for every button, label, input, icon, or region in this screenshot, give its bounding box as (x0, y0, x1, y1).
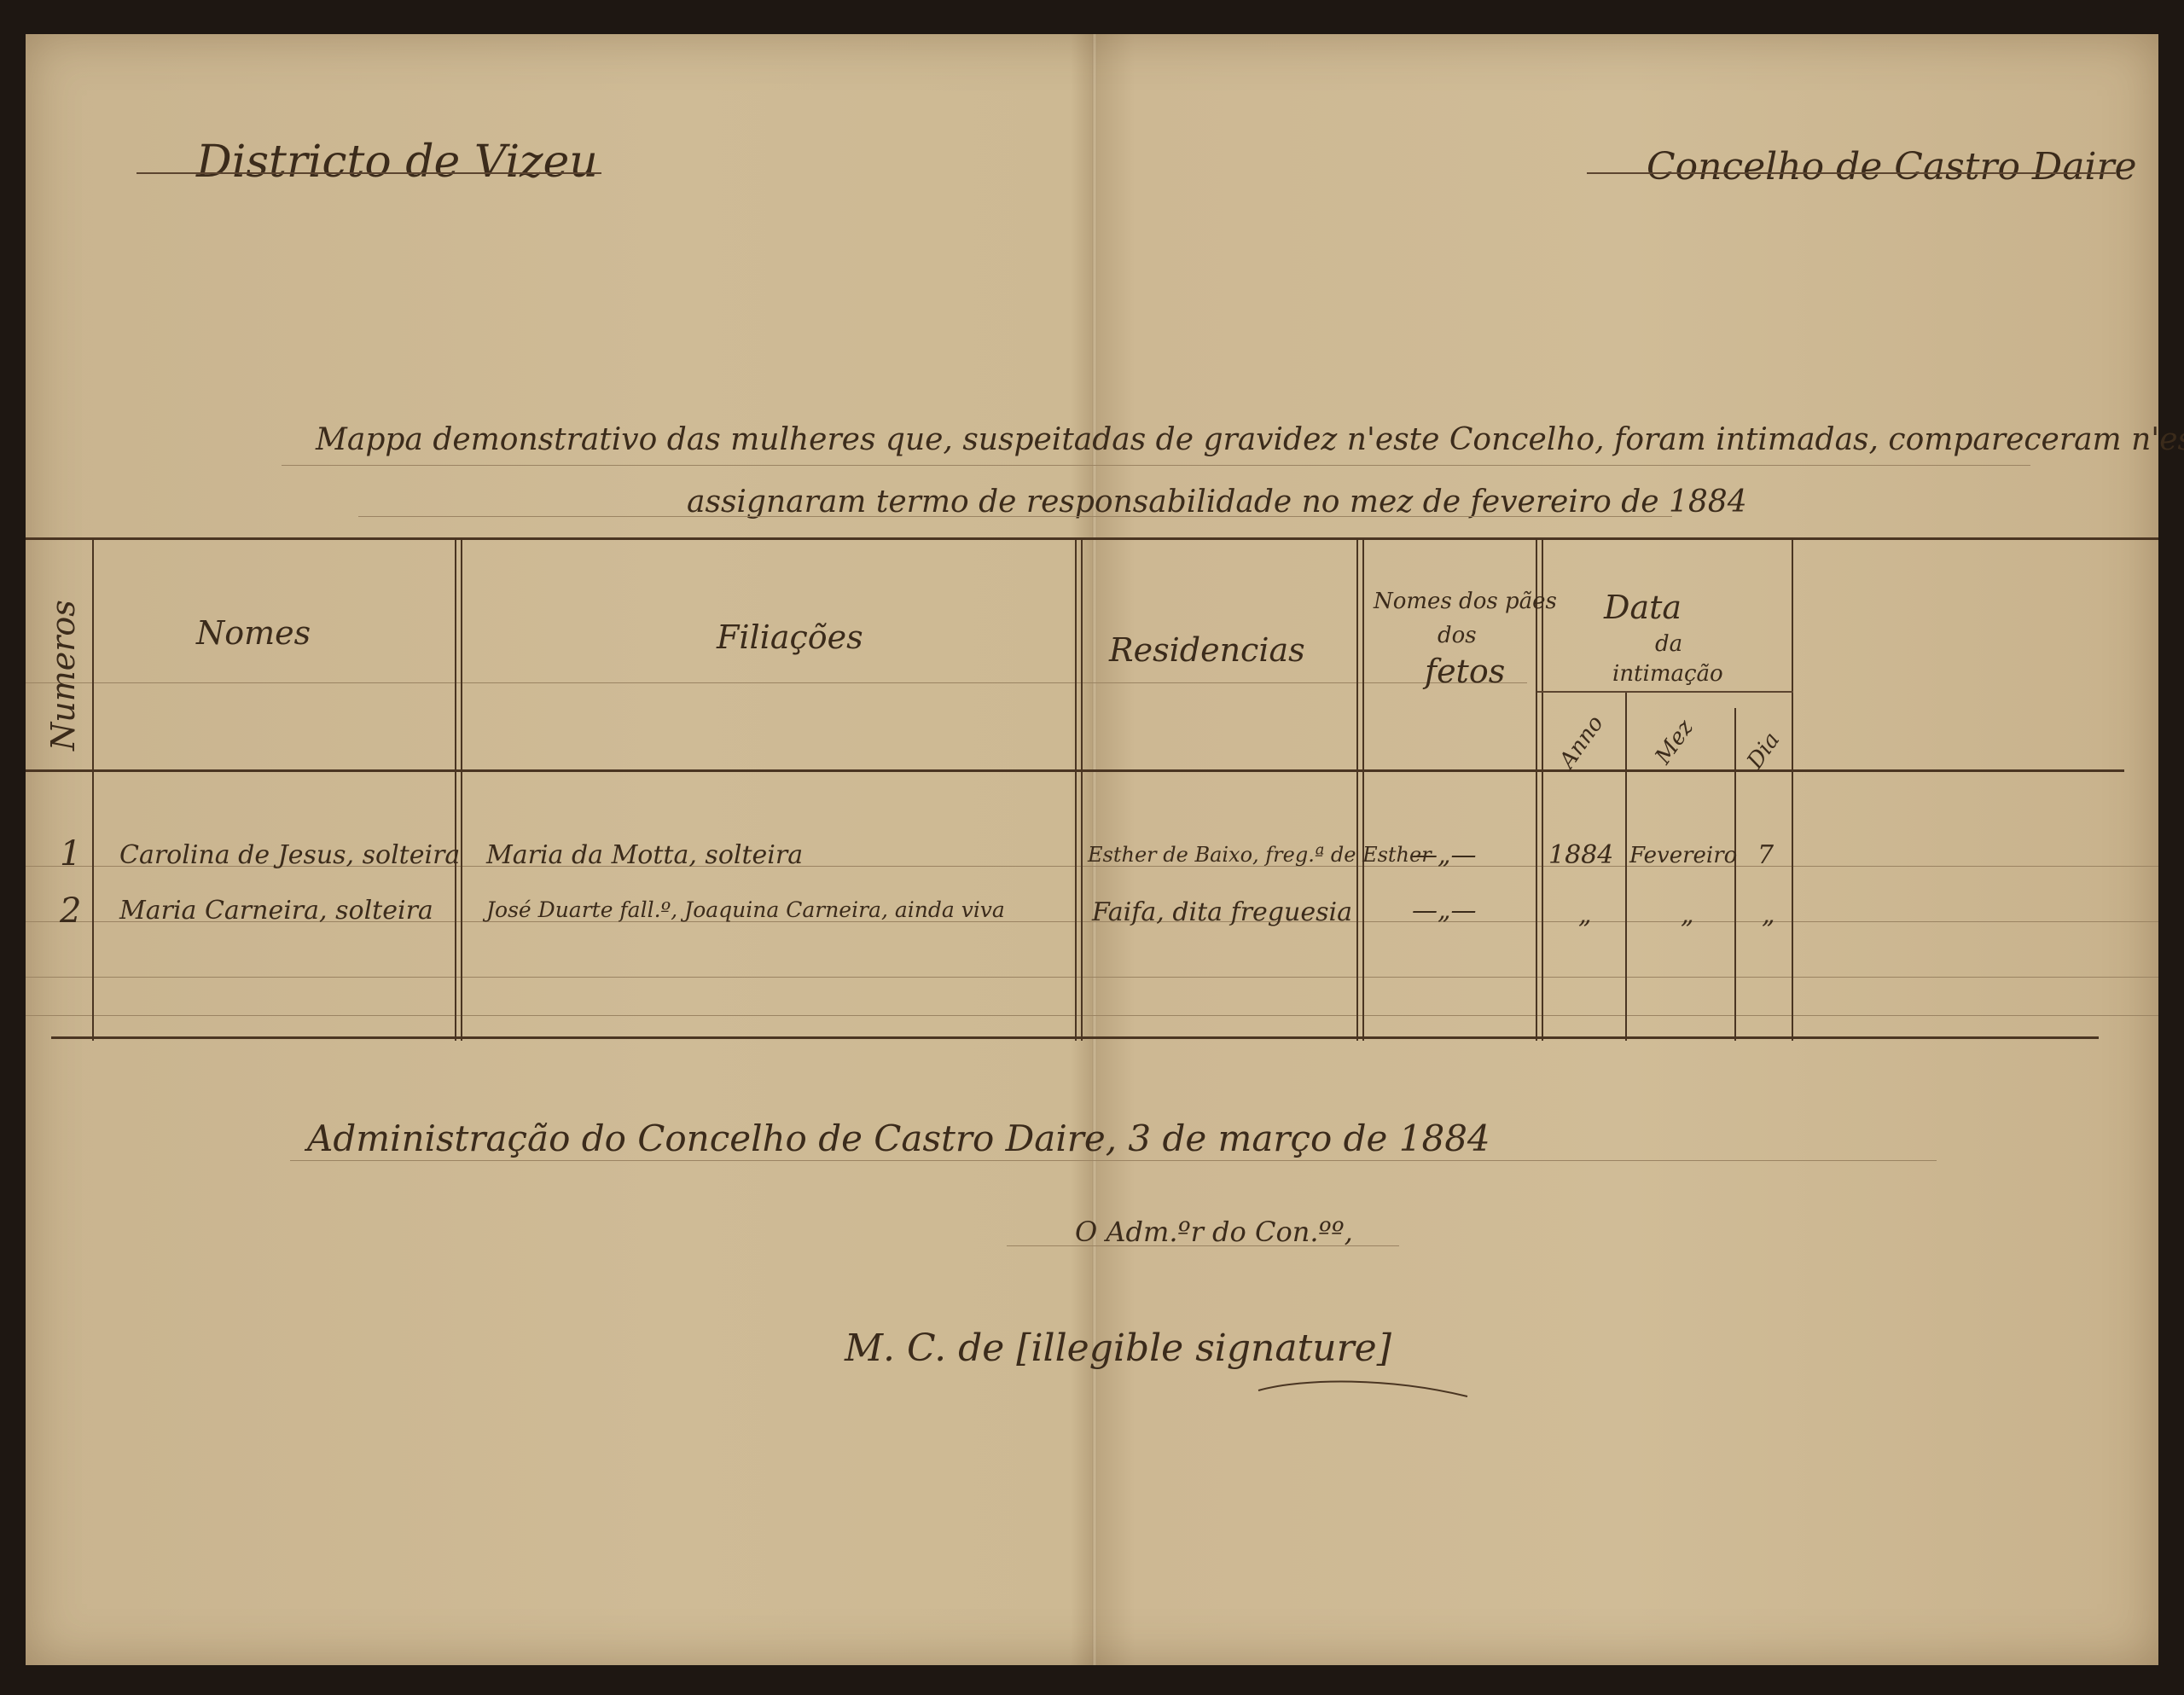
column-header-nomes: Nomes (196, 614, 311, 652)
title-guide-line2 (358, 516, 1672, 517)
row-number: 2 (60, 891, 81, 931)
column-header-numeros: Numeros (44, 600, 82, 751)
row-nomes-paes: —„— (1412, 896, 1477, 926)
row-nome: Carolina de Jesus, solteira (119, 840, 460, 870)
signer-role: O Adm.ºr do Con.ºº, (1075, 1216, 1353, 1248)
row-mez: „ (1681, 900, 1694, 930)
title-guide-line1 (282, 465, 2030, 466)
column-header-anno: Anno (1554, 711, 1609, 774)
document-title-line1: Mappa demonstrativo das mulheres que, su… (316, 422, 2184, 457)
place-and-date: Administração do Concelho de Castro Dair… (307, 1117, 1490, 1159)
row-mez: Fevereiro (1629, 843, 1737, 868)
col-divider-nomes (455, 537, 462, 1041)
signature: M. C. de [illegible signature] (845, 1326, 1391, 1370)
header-guide (26, 682, 1527, 683)
column-header-data-line2: da (1655, 631, 1682, 657)
row-residencia: Esther de Baixo, freg.ª de Esther (1088, 843, 1432, 867)
col-divider-dia (1792, 537, 1793, 1041)
col-divider-anno (1625, 691, 1627, 1041)
municipality-underline (1587, 172, 2116, 174)
row-number: 1 (60, 834, 81, 874)
column-header-residencias: Residencias (1109, 631, 1305, 669)
row-filiacao: Maria da Motta, solteira (486, 840, 803, 870)
row-residencia: Faifa, dita freguesia (1092, 897, 1352, 927)
row-dia: „ (1762, 900, 1775, 930)
col-divider-filiacoes (1075, 537, 1083, 1041)
column-header-mez: Mez (1651, 716, 1699, 769)
document-page: Districto de Vizeu Concelho de Castro Da… (26, 34, 2158, 1665)
footer-guide-line (290, 1160, 1937, 1161)
signer-guide-line (1007, 1245, 1399, 1246)
col-divider-residencias (1356, 537, 1364, 1041)
document-title-line2: assignaram termo de responsabilidade no … (687, 485, 1747, 520)
district-header: Districto de Vizeu (196, 136, 598, 188)
row-guide-3 (26, 977, 2158, 978)
column-header-paes-line3: fetos (1425, 653, 1505, 690)
row-dia: 7 (1757, 840, 1774, 870)
row-nomes-paes: —„— (1412, 840, 1477, 870)
district-underline (136, 172, 601, 174)
row-filiacao: José Duarte fall.º, Joaquina Carneira, a… (486, 897, 1005, 922)
row-anno: „ (1578, 900, 1592, 930)
row-anno: 1884 (1548, 840, 1613, 870)
column-header-dia: Dia (1742, 728, 1785, 774)
column-header-filiacoes: Filiações (717, 618, 863, 656)
column-header-paes-line2: dos (1438, 623, 1477, 648)
col-divider-numeros (92, 537, 94, 1041)
row-nome: Maria Carneira, solteira (119, 896, 433, 926)
data-subheader-border (1537, 691, 1793, 693)
col-divider-mez (1734, 708, 1736, 1041)
signature-flourish-icon (1254, 1378, 1476, 1403)
column-header-data-line3: intimação (1612, 661, 1723, 687)
column-header-data-line1: Data (1604, 589, 1682, 626)
row-guide-4 (26, 1015, 2158, 1016)
table-top-border (26, 537, 2158, 540)
municipality-header: Concelho de Castro Daire (1647, 145, 2137, 189)
column-header-paes-line1: Nomes dos pães (1374, 589, 1557, 614)
